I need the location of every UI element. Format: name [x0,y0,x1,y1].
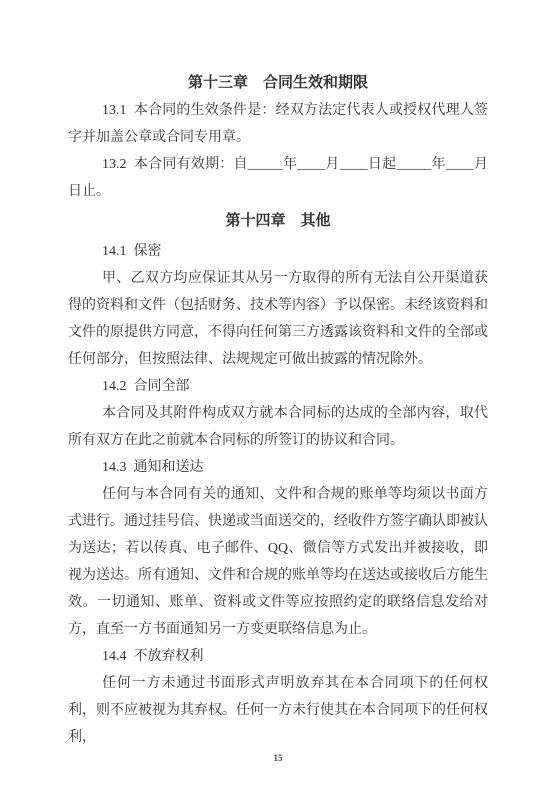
clause-13-1: 13.1 本合同的生效条件是：经双方法定代表人或授权代理人签字并加盖公章或合同专… [68,97,488,151]
section-14-3-title: 14.3 通知和送达 [68,454,488,481]
page-number: 15 [68,752,488,764]
section-14-4-title: 14.4 不放弃权利 [68,643,488,670]
section-14-2-title: 14.2 合同全部 [68,373,488,400]
chapter-13-heading: 第十三章 合同生效和期限 [68,70,488,97]
chapter-14-heading: 第十四章 其他 [68,208,488,235]
section-14-1-body: 甲、乙双方均应保证其从另一方取得的所有无法自公开渠道获得的资料和文件（包括财务、… [68,265,488,373]
section-14-1-title: 14.1 保密 [68,238,488,265]
section-14-2-body: 本合同及其附件构成双方就本合同标的达成的全部内容，取代所有双方在此之前就本合同标… [68,400,488,454]
clause-13-2: 13.2 本合同有效期：自_____年____月____日起_____年____… [68,151,488,205]
section-14-4-body: 任何一方未通过书面形式声明放弃其在本合同项下的任何权利，则不应被视为其弃权。任何… [68,670,488,751]
contract-page: 第十三章 合同生效和期限 13.1 本合同的生效条件是：经双方法定代表人或授权代… [0,0,560,791]
section-14-3-body: 任何与本合同有关的通知、文件和合规的账单等均须以书面方式进行。通过挂号信、快递或… [68,481,488,643]
